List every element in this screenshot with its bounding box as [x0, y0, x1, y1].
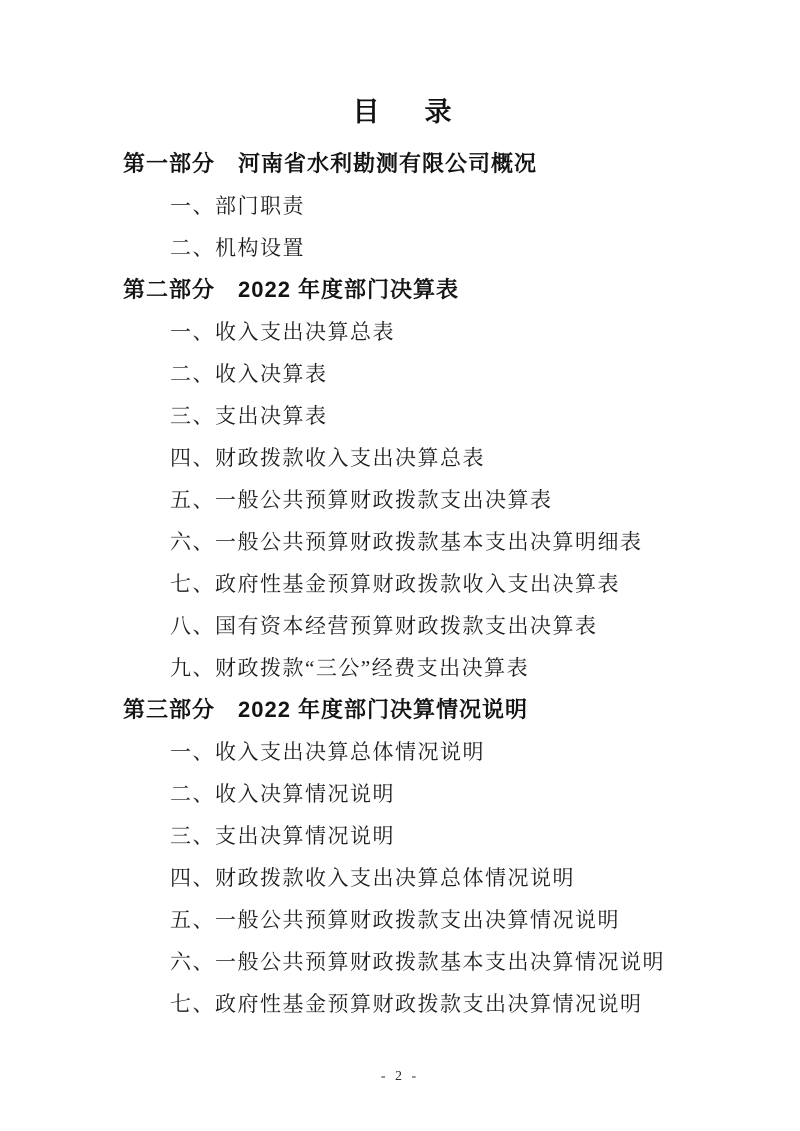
page-title: 目 录	[123, 95, 690, 129]
toc-item: 一、收入支出决算总表	[123, 311, 690, 353]
toc-item: 二、机构设置	[123, 227, 690, 269]
table-of-contents: 第一部分 河南省水利勘测有限公司概况一、部门职责二、机构设置第二部分 2022 …	[123, 143, 690, 1025]
toc-item: 八、国有资本经营预算财政拨款支出决算表	[123, 605, 690, 647]
toc-item: 一、收入支出决算总体情况说明	[123, 731, 690, 773]
page-number: - 2 -	[0, 1069, 800, 1085]
toc-item: 三、支出决算情况说明	[123, 815, 690, 857]
toc-item: 七、政府性基金预算财政拨款支出决算情况说明	[123, 983, 690, 1025]
toc-item: 二、收入决算情况说明	[123, 773, 690, 815]
toc-item: 四、财政拨款收入支出决算总表	[123, 437, 690, 479]
toc-item: 九、财政拨款“三公”经费支出决算表	[123, 647, 690, 689]
document-page: 目 录 第一部分 河南省水利勘测有限公司概况一、部门职责二、机构设置第二部分 2…	[0, 0, 800, 1131]
toc-section-heading: 第三部分 2022 年度部门决算情况说明	[123, 689, 690, 731]
toc-item: 二、收入决算表	[123, 353, 690, 395]
toc-item: 四、财政拨款收入支出决算总体情况说明	[123, 857, 690, 899]
toc-section-heading: 第一部分 河南省水利勘测有限公司概况	[123, 143, 690, 185]
toc-item: 六、一般公共预算财政拨款基本支出决算情况说明	[123, 941, 690, 983]
toc-item: 六、一般公共预算财政拨款基本支出决算明细表	[123, 521, 690, 563]
toc-item: 五、一般公共预算财政拨款支出决算情况说明	[123, 899, 690, 941]
toc-item: 一、部门职责	[123, 185, 690, 227]
toc-section-heading: 第二部分 2022 年度部门决算表	[123, 269, 690, 311]
toc-item: 五、一般公共预算财政拨款支出决算表	[123, 479, 690, 521]
toc-item: 七、政府性基金预算财政拨款收入支出决算表	[123, 563, 690, 605]
toc-item: 三、支出决算表	[123, 395, 690, 437]
